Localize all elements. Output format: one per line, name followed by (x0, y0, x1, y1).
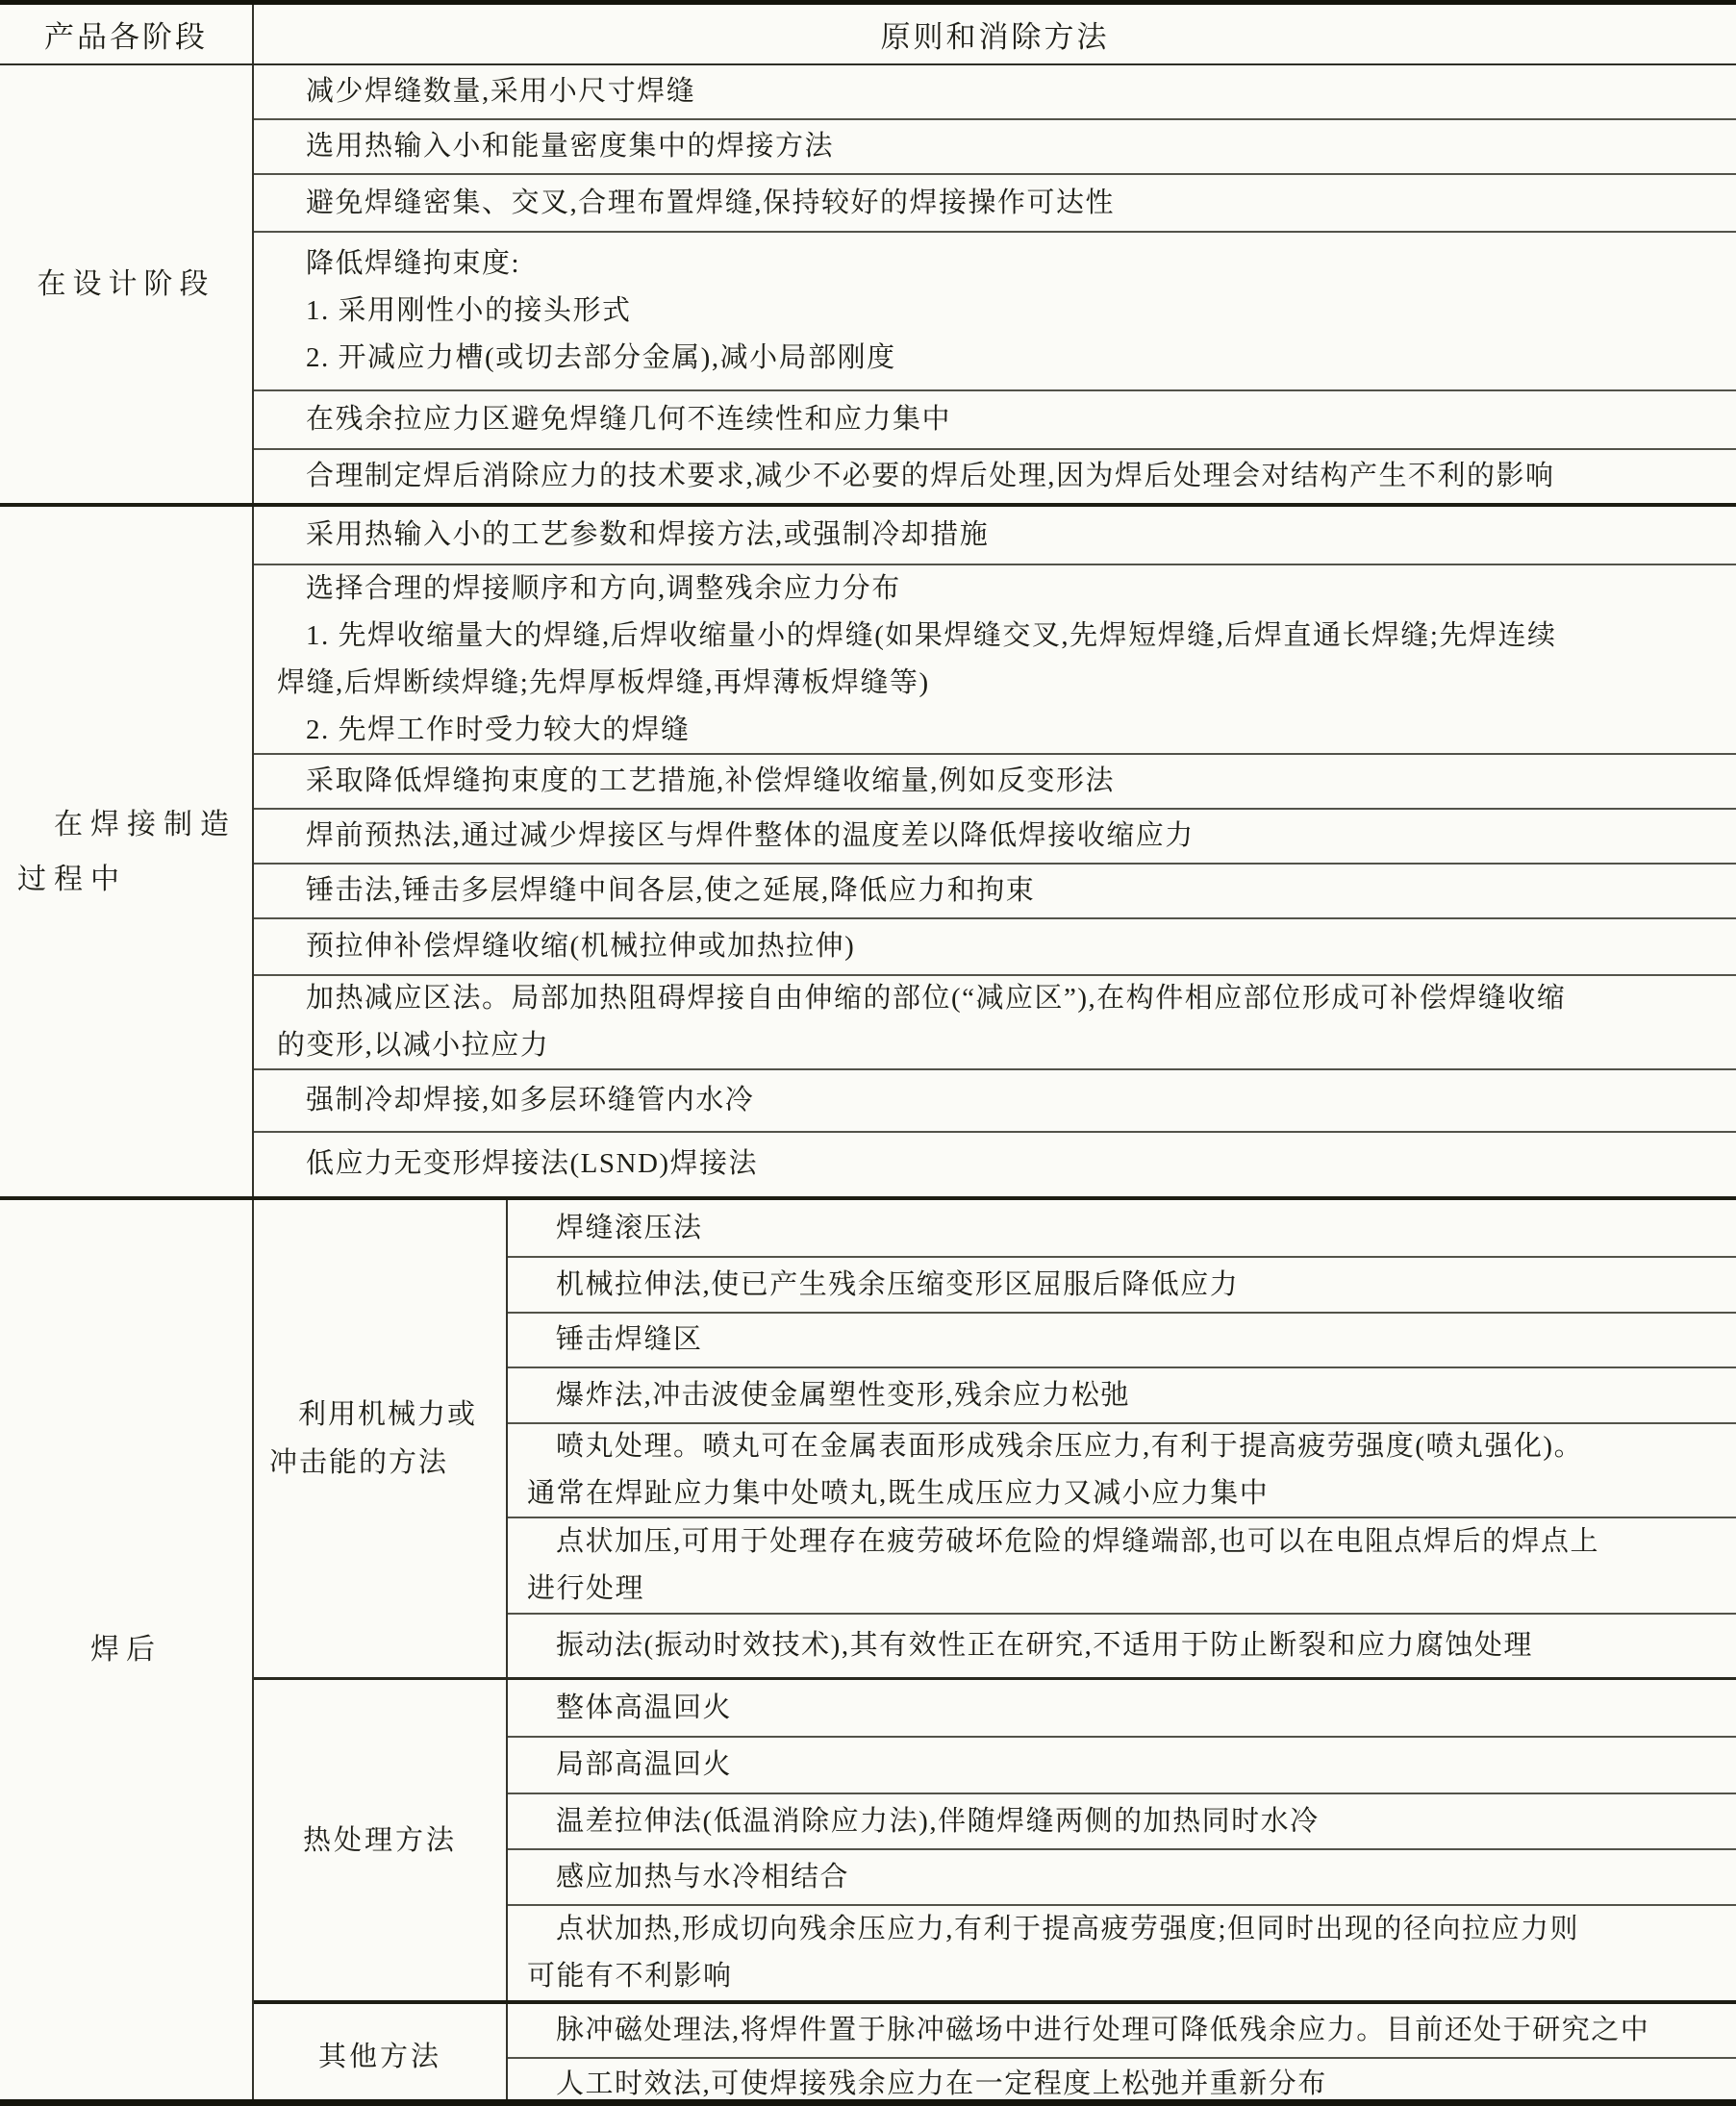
row-text-line: 振动法(振动时效技术),其有效性正在研究,不适用于防止断裂和应力腐蚀处理 (556, 1622, 1717, 1669)
row-text-line: 进行处理 (527, 1566, 1717, 1613)
row-text-line: 1. 先焊收缩量大的焊缝,后焊收缩量小的焊缝(如果焊缝交叉,先焊短焊缝,后焊直通… (306, 613, 1709, 660)
table-row: 局部高温回火 (508, 1736, 1736, 1793)
table-row: 锤击焊缝区 (508, 1312, 1736, 1366)
row-text-line: 减少焊缝数量,采用小尺寸焊缝 (306, 68, 1709, 115)
label-line: 其他方法 (318, 2033, 441, 2081)
table-row: 喷丸处理。喷丸可在金属表面形成残余压应力,有利于提高疲劳强度(喷丸强化)。通常在… (508, 1422, 1736, 1517)
label-line: 冲击能的方法 (269, 1439, 506, 1487)
row-text-line: 通常在焊趾应力集中处喷丸,既生成压应力又减小应力集中 (527, 1470, 1717, 1517)
row-text-line: 脉冲磁处理法,将焊件置于脉冲磁场中进行处理可降低残余应力。目前还处于研究之中 (556, 2007, 1717, 2054)
table-header-row: 产品各阶段 原则和消除方法 (0, 5, 1736, 65)
row-text-line: 降低焊缝拘束度: (306, 240, 1709, 288)
row-text-line: 选择合理的焊接顺序和方向,调整残余应力分布 (306, 565, 1709, 613)
row-text-line: 合理制定焊后消除应力的技术要求,减少不必要的焊后处理,因为焊后处理会对结构产生不… (306, 453, 1709, 500)
header-cell-product-stage: 产品各阶段 (0, 5, 254, 63)
table-row: 选择合理的焊接顺序和方向,调整残余应力分布1. 先焊收缩量大的焊缝,后焊收缩量小… (254, 564, 1736, 753)
method-group: 利用机械力或冲击能的方法焊缝滚压法机械拉伸法,使已产生残余压缩变形区屈服后降低应… (254, 1200, 1736, 1677)
row-text-line: 锤击法,锤击多层焊缝中间各层,使之延展,降低应力和拘束 (306, 867, 1709, 915)
row-text-line: 焊缝滚压法 (556, 1205, 1717, 1252)
table-row: 振动法(振动时效技术),其有效性正在研究,不适用于防止断裂和应力腐蚀处理 (508, 1613, 1736, 1677)
row-text-line: 喷丸处理。喷丸可在金属表面形成残余压应力,有利于提高疲劳强度(喷丸强化)。 (556, 1423, 1717, 1470)
table-row: 采取降低焊缝拘束度的工艺措施,补偿焊缝收缩量,例如反变形法 (254, 753, 1736, 807)
table-row: 点状加压,可用于处理存在疲劳破坏危险的焊缝端部,也可以在电阻点焊后的焊点上进行处… (508, 1517, 1736, 1613)
row-text-line: 局部高温回火 (556, 1742, 1717, 1789)
table-row: 低应力无变形焊接法(LSND)焊接法 (254, 1131, 1736, 1196)
table-row: 温差拉伸法(低温消除应力法),伴随焊缝两侧的加热同时水冷 (508, 1793, 1736, 1848)
table-row: 预拉伸补偿焊缝收缩(机械拉伸或加热拉伸) (254, 917, 1736, 974)
welding-residual-stress-table: 产品各阶段 原则和消除方法 在设计阶段减少焊缝数量,采用小尺寸焊缝选用热输入小和… (0, 0, 1736, 2106)
table-row: 选用热输入小和能量密度集中的焊接方法 (254, 118, 1736, 173)
label-line: 热处理方法 (303, 1817, 457, 1865)
section-label: 在焊接制造过程中 (0, 507, 254, 1196)
row-text-line: 1. 采用刚性小的接头形式 (306, 288, 1709, 335)
table-row: 爆炸法,冲击波使金属塑性变形,残余应力松弛 (508, 1366, 1736, 1422)
table-row: 强制冷却焊接,如多层环缝管内水冷 (254, 1068, 1736, 1130)
group-label: 其他方法 (254, 2004, 508, 2106)
group-rows: 脉冲磁处理法,将焊件置于脉冲磁场中进行处理可降低残余应力。目前还处于研究之中人工… (508, 2004, 1736, 2106)
table-row: 点状加热,形成切向残余压应力,有利于提高疲劳强度;但同时出现的径向拉应力则可能有… (508, 1904, 1736, 2000)
label-line: 过程中 (17, 852, 252, 907)
row-text-line: 强制冷却焊接,如多层环缝管内水冷 (306, 1077, 1709, 1124)
row-text-line: 可能有不利影响 (527, 1953, 1717, 2000)
row-text-line: 采取降低焊缝拘束度的工艺措施,补偿焊缝收缩量,例如反变形法 (306, 758, 1709, 805)
table-row: 机械拉伸法,使已产生残余压缩变形区屈服后降低应力 (508, 1256, 1736, 1312)
table-row: 采用热输入小的工艺参数和焊接方法,或强制冷却措施 (254, 507, 1736, 564)
method-group: 其他方法脉冲磁处理法,将焊件置于脉冲磁场中进行处理可降低残余应力。目前还处于研究… (254, 2000, 1736, 2106)
label-line: 在设计阶段 (38, 257, 215, 312)
section-3: 焊后利用机械力或冲击能的方法焊缝滚压法机械拉伸法,使已产生残余压缩变形区屈服后降… (0, 1196, 1736, 2099)
row-text-line: 人工时效法,可使焊接残余应力在一定程度上松弛并重新分布 (556, 2061, 1717, 2106)
row-text-line: 2. 开减应力槽(或切去部分金属),减小局部刚度 (306, 335, 1709, 382)
group-label: 热处理方法 (254, 1680, 508, 2000)
row-text-line: 在残余拉应力区避免焊缝几何不连续性和应力集中 (306, 396, 1709, 443)
row-text-line: 焊缝,后焊断续焊缝;先焊厚板焊缝,再焊薄板焊缝等) (277, 660, 1709, 707)
row-text-line: 预拉伸补偿焊缝收缩(机械拉伸或加热拉伸) (306, 923, 1709, 970)
label-line: 利用机械力或 (298, 1391, 506, 1439)
table-row: 避免焊缝密集、交叉,合理布置焊缝,保持较好的焊接操作可达性 (254, 173, 1736, 231)
section-label: 焊后 (0, 1200, 254, 2099)
row-text-line: 感应加热与水冷相结合 (556, 1854, 1717, 1901)
table-row: 减少焊缝数量,采用小尺寸焊缝 (254, 65, 1736, 118)
method-group: 热处理方法整体高温回火局部高温回火温差拉伸法(低温消除应力法),伴随焊缝两侧的加… (254, 1677, 1736, 2000)
table-row: 合理制定焊后消除应力的技术要求,减少不必要的焊后处理,因为焊后处理会对结构产生不… (254, 448, 1736, 503)
group-rows: 整体高温回火局部高温回火温差拉伸法(低温消除应力法),伴随焊缝两侧的加热同时水冷… (508, 1680, 1736, 2000)
row-text-line: 焊前预热法,通过减少焊接区与焊件整体的温度差以降低焊接收缩应力 (306, 813, 1709, 860)
row-text-line: 低应力无变形焊接法(LSND)焊接法 (306, 1141, 1709, 1188)
table-row: 整体高温回火 (508, 1680, 1736, 1736)
section-rows: 减少焊缝数量,采用小尺寸焊缝选用热输入小和能量密度集中的焊接方法避免焊缝密集、交… (254, 65, 1736, 503)
row-text-line: 避免焊缝密集、交叉,合理布置焊缝,保持较好的焊接操作可达性 (306, 180, 1709, 227)
group-label: 利用机械力或冲击能的方法 (254, 1200, 508, 1677)
row-text-line: 锤击焊缝区 (556, 1316, 1717, 1364)
row-text-line: 选用热输入小和能量密度集中的焊接方法 (306, 123, 1709, 170)
row-text-line: 2. 先焊工作时受力较大的焊缝 (306, 707, 1709, 754)
row-text-line: 点状加热,形成切向残余压应力,有利于提高疲劳强度;但同时出现的径向拉应力则 (556, 1906, 1717, 1953)
section-1: 在设计阶段减少焊缝数量,采用小尺寸焊缝选用热输入小和能量密度集中的焊接方法避免焊… (0, 65, 1736, 503)
row-text-line: 采用热输入小的工艺参数和焊接方法,或强制冷却措施 (306, 512, 1709, 559)
label-line: 焊后 (90, 1622, 162, 1677)
table-body: 在设计阶段减少焊缝数量,采用小尺寸焊缝选用热输入小和能量密度集中的焊接方法避免焊… (0, 65, 1736, 2099)
table-row: 脉冲磁处理法,将焊件置于脉冲磁场中进行处理可降低残余应力。目前还处于研究之中 (508, 2004, 1736, 2057)
section-label: 在设计阶段 (0, 65, 254, 503)
table-row: 焊缝滚压法 (508, 1200, 1736, 1256)
table-row: 加热减应区法。局部加热阻碍焊接自由伸缩的部位(“减应区”),在构件相应部位形成可… (254, 974, 1736, 1068)
table-row: 焊前预热法,通过减少焊接区与焊件整体的温度差以降低焊接收缩应力 (254, 808, 1736, 863)
row-text-line: 加热减应区法。局部加热阻碍焊接自由伸缩的部位(“减应区”),在构件相应部位形成可… (306, 975, 1709, 1022)
section-rows: 采用热输入小的工艺参数和焊接方法,或强制冷却措施选择合理的焊接顺序和方向,调整残… (254, 507, 1736, 1196)
row-text-line: 点状加压,可用于处理存在疲劳破坏危险的焊缝端部,也可以在电阻点焊后的焊点上 (556, 1518, 1717, 1566)
row-text-line: 爆炸法,冲击波使金属塑性变形,残余应力松弛 (556, 1372, 1717, 1419)
table-row: 锤击法,锤击多层焊缝中间各层,使之延展,降低应力和拘束 (254, 863, 1736, 916)
header-cell-principles-methods: 原则和消除方法 (254, 5, 1736, 63)
table-row: 感应加热与水冷相结合 (508, 1848, 1736, 1904)
section-2: 在焊接制造过程中采用热输入小的工艺参数和焊接方法,或强制冷却措施选择合理的焊接顺… (0, 503, 1736, 1196)
table-row: 在残余拉应力区避免焊缝几何不连续性和应力集中 (254, 389, 1736, 448)
label-line: 在焊接制造 (54, 797, 252, 852)
table-row: 人工时效法,可使焊接残余应力在一定程度上松弛并重新分布 (508, 2057, 1736, 2106)
row-text-line: 机械拉伸法,使已产生残余压缩变形区屈服后降低应力 (556, 1262, 1717, 1309)
group-rows: 焊缝滚压法机械拉伸法,使已产生残余压缩变形区屈服后降低应力锤击焊缝区爆炸法,冲击… (508, 1200, 1736, 1677)
row-text-line: 的变形,以减小拉应力 (277, 1022, 1709, 1069)
table-row: 降低焊缝拘束度:1. 采用刚性小的接头形式2. 开减应力槽(或切去部分金属),减… (254, 231, 1736, 389)
row-text-line: 整体高温回火 (556, 1685, 1717, 1732)
section-groups: 利用机械力或冲击能的方法焊缝滚压法机械拉伸法,使已产生残余压缩变形区屈服后降低应… (254, 1200, 1736, 2099)
row-text-line: 温差拉伸法(低温消除应力法),伴随焊缝两侧的加热同时水冷 (556, 1798, 1717, 1845)
